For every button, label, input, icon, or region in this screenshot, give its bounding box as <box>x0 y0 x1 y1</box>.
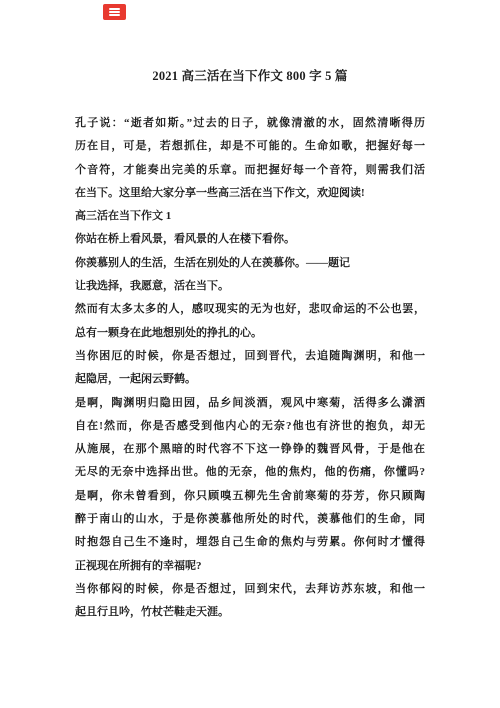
essay-line: 无尽的无奈中选择出世。他的无奈，他的焦灼，他的伤痛，你懂吗? <box>75 461 425 484</box>
essay-line: 从施展，在那个黑暗的时代容不下这一铮铮的魏晋风骨，于是他在 <box>75 438 425 461</box>
essay-line: 在当下。这里给大家分享一些高三活在当下作文，欢迎阅读! <box>75 182 425 205</box>
essay-line: 醉于南山的山水，于是你羡慕他所处的时代，羡慕他们的生命，同 <box>75 508 425 531</box>
essay-line: 让我选择，我愿意，活在当下。 <box>75 275 425 298</box>
essay-line: 然而有太多太多的人，感叹现实的无为也好，悲叹命运的不公也罢， <box>75 298 425 321</box>
essay-body: 孔子说：“逝者如斯。”过去的日子，就像清澈的水，固然清晰得历历在目，可是，若想抓… <box>75 112 425 625</box>
essay-line: 是啊，你未曾看到，你只顾嗅五柳先生舍前寒菊的芬芳，你只顾陶 <box>75 485 425 508</box>
badge-bar <box>109 8 120 10</box>
document-lines-icon <box>109 8 120 16</box>
essay-line: 个音符，才能奏出完美的乐章。而把握好每一个音符，则需我们活 <box>75 159 425 182</box>
essay-line: 是啊，陶渊明归隐田园，品乡间淡酒，观风中寒菊，活得多么潇洒 <box>75 392 425 415</box>
essay-line: 孔子说：“逝者如斯。”过去的日子，就像清澈的水，固然清晰得历 <box>75 112 425 135</box>
essay-line: 起隐居，一起闲云野鹤。 <box>75 368 425 391</box>
essay-line: 正视现在所拥有的幸福呢? <box>75 555 425 578</box>
essay-line: 历在目，可是，若想抓住，却是不可能的。生命如歌，把握好每一 <box>75 135 425 158</box>
essay-line: 你站在桥上看风景，看风景的人在楼下看你。 <box>75 228 425 251</box>
badge-bar <box>109 11 120 13</box>
essay-line: 起且行且吟，竹杖芒鞋走天涯。 <box>75 601 425 624</box>
essay-line: 时抱怨自己生不逢时，埋怨自己生命的焦灼与劳累。你何时才懂得 <box>75 531 425 554</box>
badge-bar <box>109 14 120 16</box>
site-badge-icon <box>103 4 126 20</box>
document-page: 2021 高三活在当下作文 800 字 5 篇 孔子说：“逝者如斯。”过去的日子… <box>0 0 500 708</box>
essay-line: 当你郁闷的时候，你是否想过，回到宋代，去拜访苏东坡，和他一 <box>75 578 425 601</box>
essay-line: 自在!然而，你是否感受到他内心的无奈?他也有济世的抱负，却无 <box>75 415 425 438</box>
essay-line: 你羡慕别人的生活，生活在别处的人在羡慕你。——题记 <box>75 252 425 275</box>
essay-line: 当你困厄的时候，你是否想过，回到晋代，去追随陶渊明，和他一 <box>75 345 425 368</box>
essay-line: 总有一颗身在此地想别处的挣扎的心。 <box>75 322 425 345</box>
essay-line: 高三活在当下作文 1 <box>75 205 425 228</box>
essay-title: 2021 高三活在当下作文 800 字 5 篇 <box>0 66 500 86</box>
